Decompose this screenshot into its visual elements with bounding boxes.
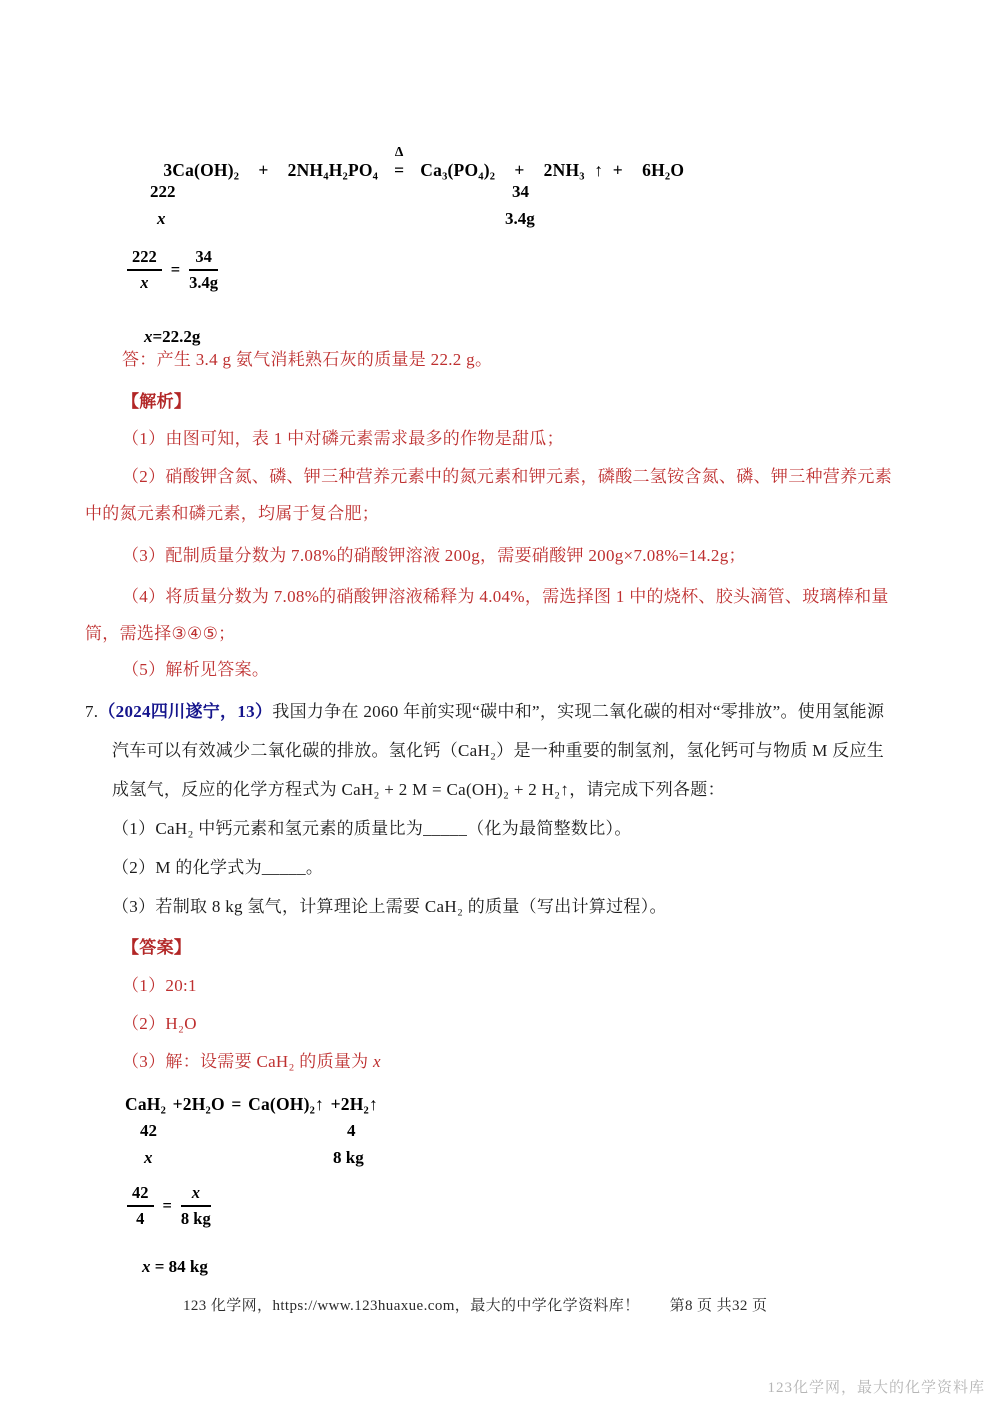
molar-mass-reactant: 42 — [140, 1121, 157, 1141]
answer-7-3-text: （3）解：设需要 CaH₂ 的质量为 — [122, 1052, 373, 1071]
watermark: 123化学网，最大的化学资料库 — [767, 1376, 985, 1397]
footer-page-number: 第8 页 共32 页 — [670, 1298, 768, 1314]
footer-site-info: 123 化学网，https://www.123huaxue.com，最大的中学化… — [183, 1298, 640, 1314]
answer-header: 【答案】 — [122, 933, 191, 958]
given-mass: 8 kg — [333, 1148, 364, 1168]
fraction-numerator: 34 — [189, 247, 218, 271]
answer-7-3: （3）解：设需要 CaH₂ 的质量为 x — [122, 1047, 381, 1072]
fraction-numerator: x — [181, 1183, 211, 1207]
chemical-equation-2: CaH₂ +2H₂O = Ca(OH)₂↑ +2H₂↑ — [125, 1094, 378, 1115]
result-value: = 84 kg — [151, 1257, 208, 1276]
analysis-header: 【解析】 — [122, 387, 191, 412]
fraction-right: 343.4g — [189, 247, 218, 293]
question-source-tag: （2024四川遂宁，13） — [98, 702, 272, 721]
equals-sign: = — [394, 160, 404, 180]
analysis-line-5: （5）解析见答案。 — [122, 655, 269, 680]
equals-sign: = — [171, 260, 180, 280]
analysis-line-1: （1）由图可知，表 1 中对磷元素需求最多的作物是甜瓜； — [122, 424, 564, 449]
question-7-sub-2: （2）M 的化学式为_____。 — [112, 853, 323, 878]
unknown-mass-x: x — [144, 1148, 153, 1168]
equation-1-products: Ca₃(PO₄)₂ + 2NH₃ ↑ + 6H₂O — [420, 160, 684, 180]
analysis-line-2a: （2）硝酸钾含氮、磷、钾三种营养元素中的氮元素和钾元素，磷酸二氢铵含氮、磷、钾三… — [122, 462, 892, 487]
document-page: 3Ca(OH)₂ + 2NH₄H₂PO₄Δ=Ca₃(PO₄)₂ + 2NH₃ ↑… — [0, 0, 992, 1403]
equation-2-molar-masses: 42 4 — [0, 1121, 992, 1145]
delta-symbol: Δ — [395, 144, 404, 160]
equation-1-actual-masses: x 3.4g — [0, 209, 992, 233]
molar-mass-product: 4 — [347, 1121, 356, 1141]
given-mass: 3.4g — [505, 209, 535, 229]
fraction-numerator: 222 — [127, 247, 162, 271]
question-text: 我国力争在 2060 年前实现“碳中和”，实现二氧化碳的相对“零排放”。使用氢能… — [272, 702, 884, 721]
analysis-line-3: （3）配制质量分数为 7.08%的硝酸钾溶液 200g，需要硝酸钾 200g×7… — [122, 541, 746, 566]
question-7-line-1: 7.（2024四川遂宁，13）我国力争在 2060 年前实现“碳中和”，实现二氧… — [85, 697, 884, 722]
fraction-denominator: 8 kg — [181, 1207, 211, 1229]
equation-2-actual-masses: x 8 kg — [0, 1148, 992, 1172]
molar-mass-reactant: 222 — [150, 182, 176, 202]
question-7-line-3: 成氢气，反应的化学方程式为 CaH₂ + 2 M = Ca(OH)₂ + 2 H… — [112, 775, 725, 800]
result-value: =22.2g — [153, 327, 201, 346]
fraction-denominator: 4 — [127, 1207, 154, 1229]
equation-1-molar-masses: 222 34 — [0, 182, 992, 206]
equation-1-reactants: 3Ca(OH)₂ + 2NH₄H₂PO₄ — [163, 160, 378, 180]
proportion-2: 424=x8 kg — [127, 1183, 211, 1229]
result-variable: x — [144, 327, 153, 346]
analysis-line-2b: 中的氮元素和磷元素，均属于复合肥； — [85, 499, 379, 524]
molar-mass-product: 34 — [512, 182, 529, 202]
question-7-line-2: 汽车可以有效减少二氧化碳的排放。氢化钙（CaH₂）是一种重要的制氢剂，氢化钙可与… — [112, 736, 884, 761]
answer-7-3-variable: x — [373, 1052, 381, 1071]
fraction-left: 424 — [127, 1183, 154, 1229]
result-variable: x — [142, 1257, 151, 1276]
answer-7-1: （1）20:1 — [122, 971, 197, 996]
analysis-line-4a: （4）将质量分数为 7.08%的硝酸钾溶液稀释为 4.04%，需选择图 1 中的… — [122, 582, 889, 607]
question-7-sub-3: （3）若制取 8 kg 氢气，计算理论上需要 CaH₂ 的质量（写出计算过程）。 — [112, 892, 667, 917]
fraction-denominator: x — [127, 271, 162, 293]
fraction-denominator: 3.4g — [189, 271, 218, 293]
answer-7-2: （2）H₂O — [122, 1009, 197, 1034]
unknown-mass-x: x — [157, 209, 166, 229]
equals-with-delta: Δ= — [394, 160, 404, 181]
page-footer: 123 化学网，https://www.123huaxue.com，最大的中学化… — [183, 1294, 767, 1315]
proportion-1: 222x=343.4g — [127, 247, 218, 293]
result-2: x = 84 kg — [125, 1237, 208, 1297]
question-7-sub-1: （1）CaH₂ 中钙元素和氢元素的质量比为_____（化为最简整数比）。 — [112, 814, 632, 839]
equals-sign: = — [163, 1196, 172, 1216]
fraction-left: 222x — [127, 247, 162, 293]
fraction-right: x8 kg — [181, 1183, 211, 1229]
fraction-numerator: 42 — [127, 1183, 154, 1207]
answer-sentence: 答：产生 3.4 g 氨气消耗熟石灰的质量是 22.2 g。 — [122, 345, 492, 370]
analysis-line-4b: 筒，需选择③④⑤； — [85, 619, 235, 644]
question-number: 7. — [85, 702, 98, 721]
